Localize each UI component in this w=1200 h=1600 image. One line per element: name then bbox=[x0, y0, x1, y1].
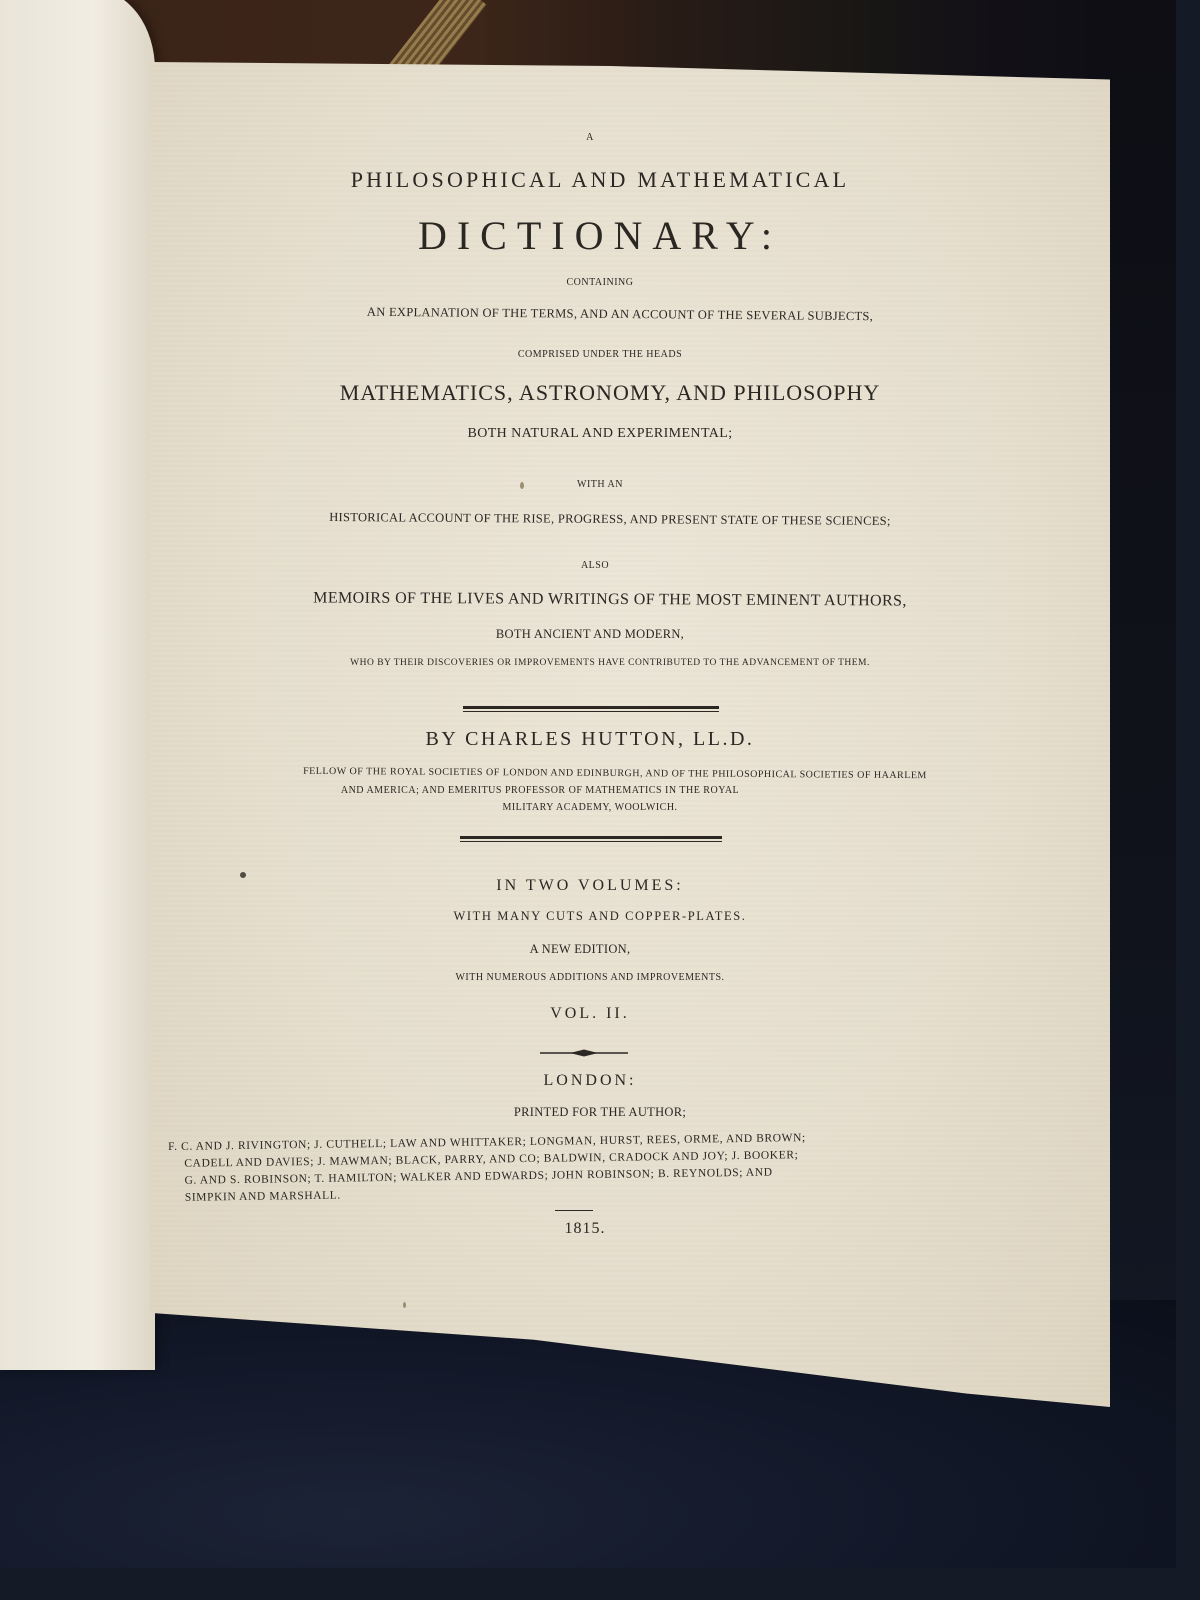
heads-line: MATHEMATICS, ASTRONOMY, AND PHILOSOPHY bbox=[130, 380, 1090, 406]
memoirs-line: MEMOIRS OF THE LIVES AND WRITINGS OF THE… bbox=[130, 588, 1090, 611]
printed-for-line: PRINTED FOR THE AUTHOR; bbox=[120, 1105, 1080, 1120]
who-by-line: WHO BY THEIR DISCOVERIES OR IMPROVEMENTS… bbox=[130, 658, 1090, 668]
foxing-spot bbox=[403, 1302, 406, 1308]
both-natural-line: BOTH NATURAL AND EXPERIMENTAL; bbox=[120, 426, 1080, 442]
double-rule-top bbox=[463, 706, 719, 712]
credentials-line-2: AND AMERICA; AND EMERITUS PROFESSOR OF M… bbox=[60, 785, 1020, 796]
comprised-label: COMPRISED UNDER THE HEADS bbox=[120, 349, 1080, 360]
edition-line: A NEW EDITION, bbox=[100, 942, 1060, 957]
containing-label: CONTAINING bbox=[120, 277, 1080, 288]
year-line: 1815. bbox=[105, 1220, 1065, 1238]
volumes-line: IN TWO VOLUMES: bbox=[110, 877, 1070, 895]
with-an-label: WITH AN bbox=[120, 479, 1080, 490]
title-page: A PHILOSOPHICAL AND MATHEMATICAL DICTION… bbox=[150, 62, 1110, 1407]
title-main: DICTIONARY: bbox=[120, 212, 1080, 259]
printers-list: F. C. AND J. RIVINGTON; J. CUTHELL; LAW … bbox=[168, 1127, 1004, 1207]
cuts-line: WITH MANY CUTS AND COPPER-PLATES. bbox=[120, 909, 1080, 924]
author-line: BY CHARLES HUTTON, LL.D. bbox=[110, 728, 1070, 751]
left-facing-page bbox=[0, 0, 155, 1370]
title-line-1: PHILOSOPHICAL AND MATHEMATICAL bbox=[120, 167, 1080, 193]
ornament-divider-icon bbox=[540, 1049, 628, 1057]
both-ancient-line: BOTH ANCIENT AND MODERN, bbox=[110, 627, 1070, 642]
credentials-line-1: FELLOW OF THE ROYAL SOCIETIES OF LONDON … bbox=[135, 765, 1095, 783]
volume-number: VOL. II. bbox=[110, 1005, 1070, 1023]
title-article: A bbox=[110, 132, 1070, 143]
explanation-line: AN EXPLANATION OF THE TERMS, AND AN ACCO… bbox=[140, 303, 1100, 326]
double-rule-bottom bbox=[460, 836, 722, 842]
short-rule bbox=[555, 1210, 593, 1211]
additions-line: WITH NUMEROUS ADDITIONS AND IMPROVEMENTS… bbox=[110, 972, 1070, 983]
also-label: ALSO bbox=[115, 560, 1075, 571]
credentials-line-3: MILITARY ACADEMY, WOOLWICH. bbox=[110, 802, 1070, 813]
historical-line: HISTORICAL ACCOUNT OF THE RISE, PROGRESS… bbox=[130, 509, 1090, 531]
city-line: LONDON: bbox=[110, 1072, 1070, 1090]
